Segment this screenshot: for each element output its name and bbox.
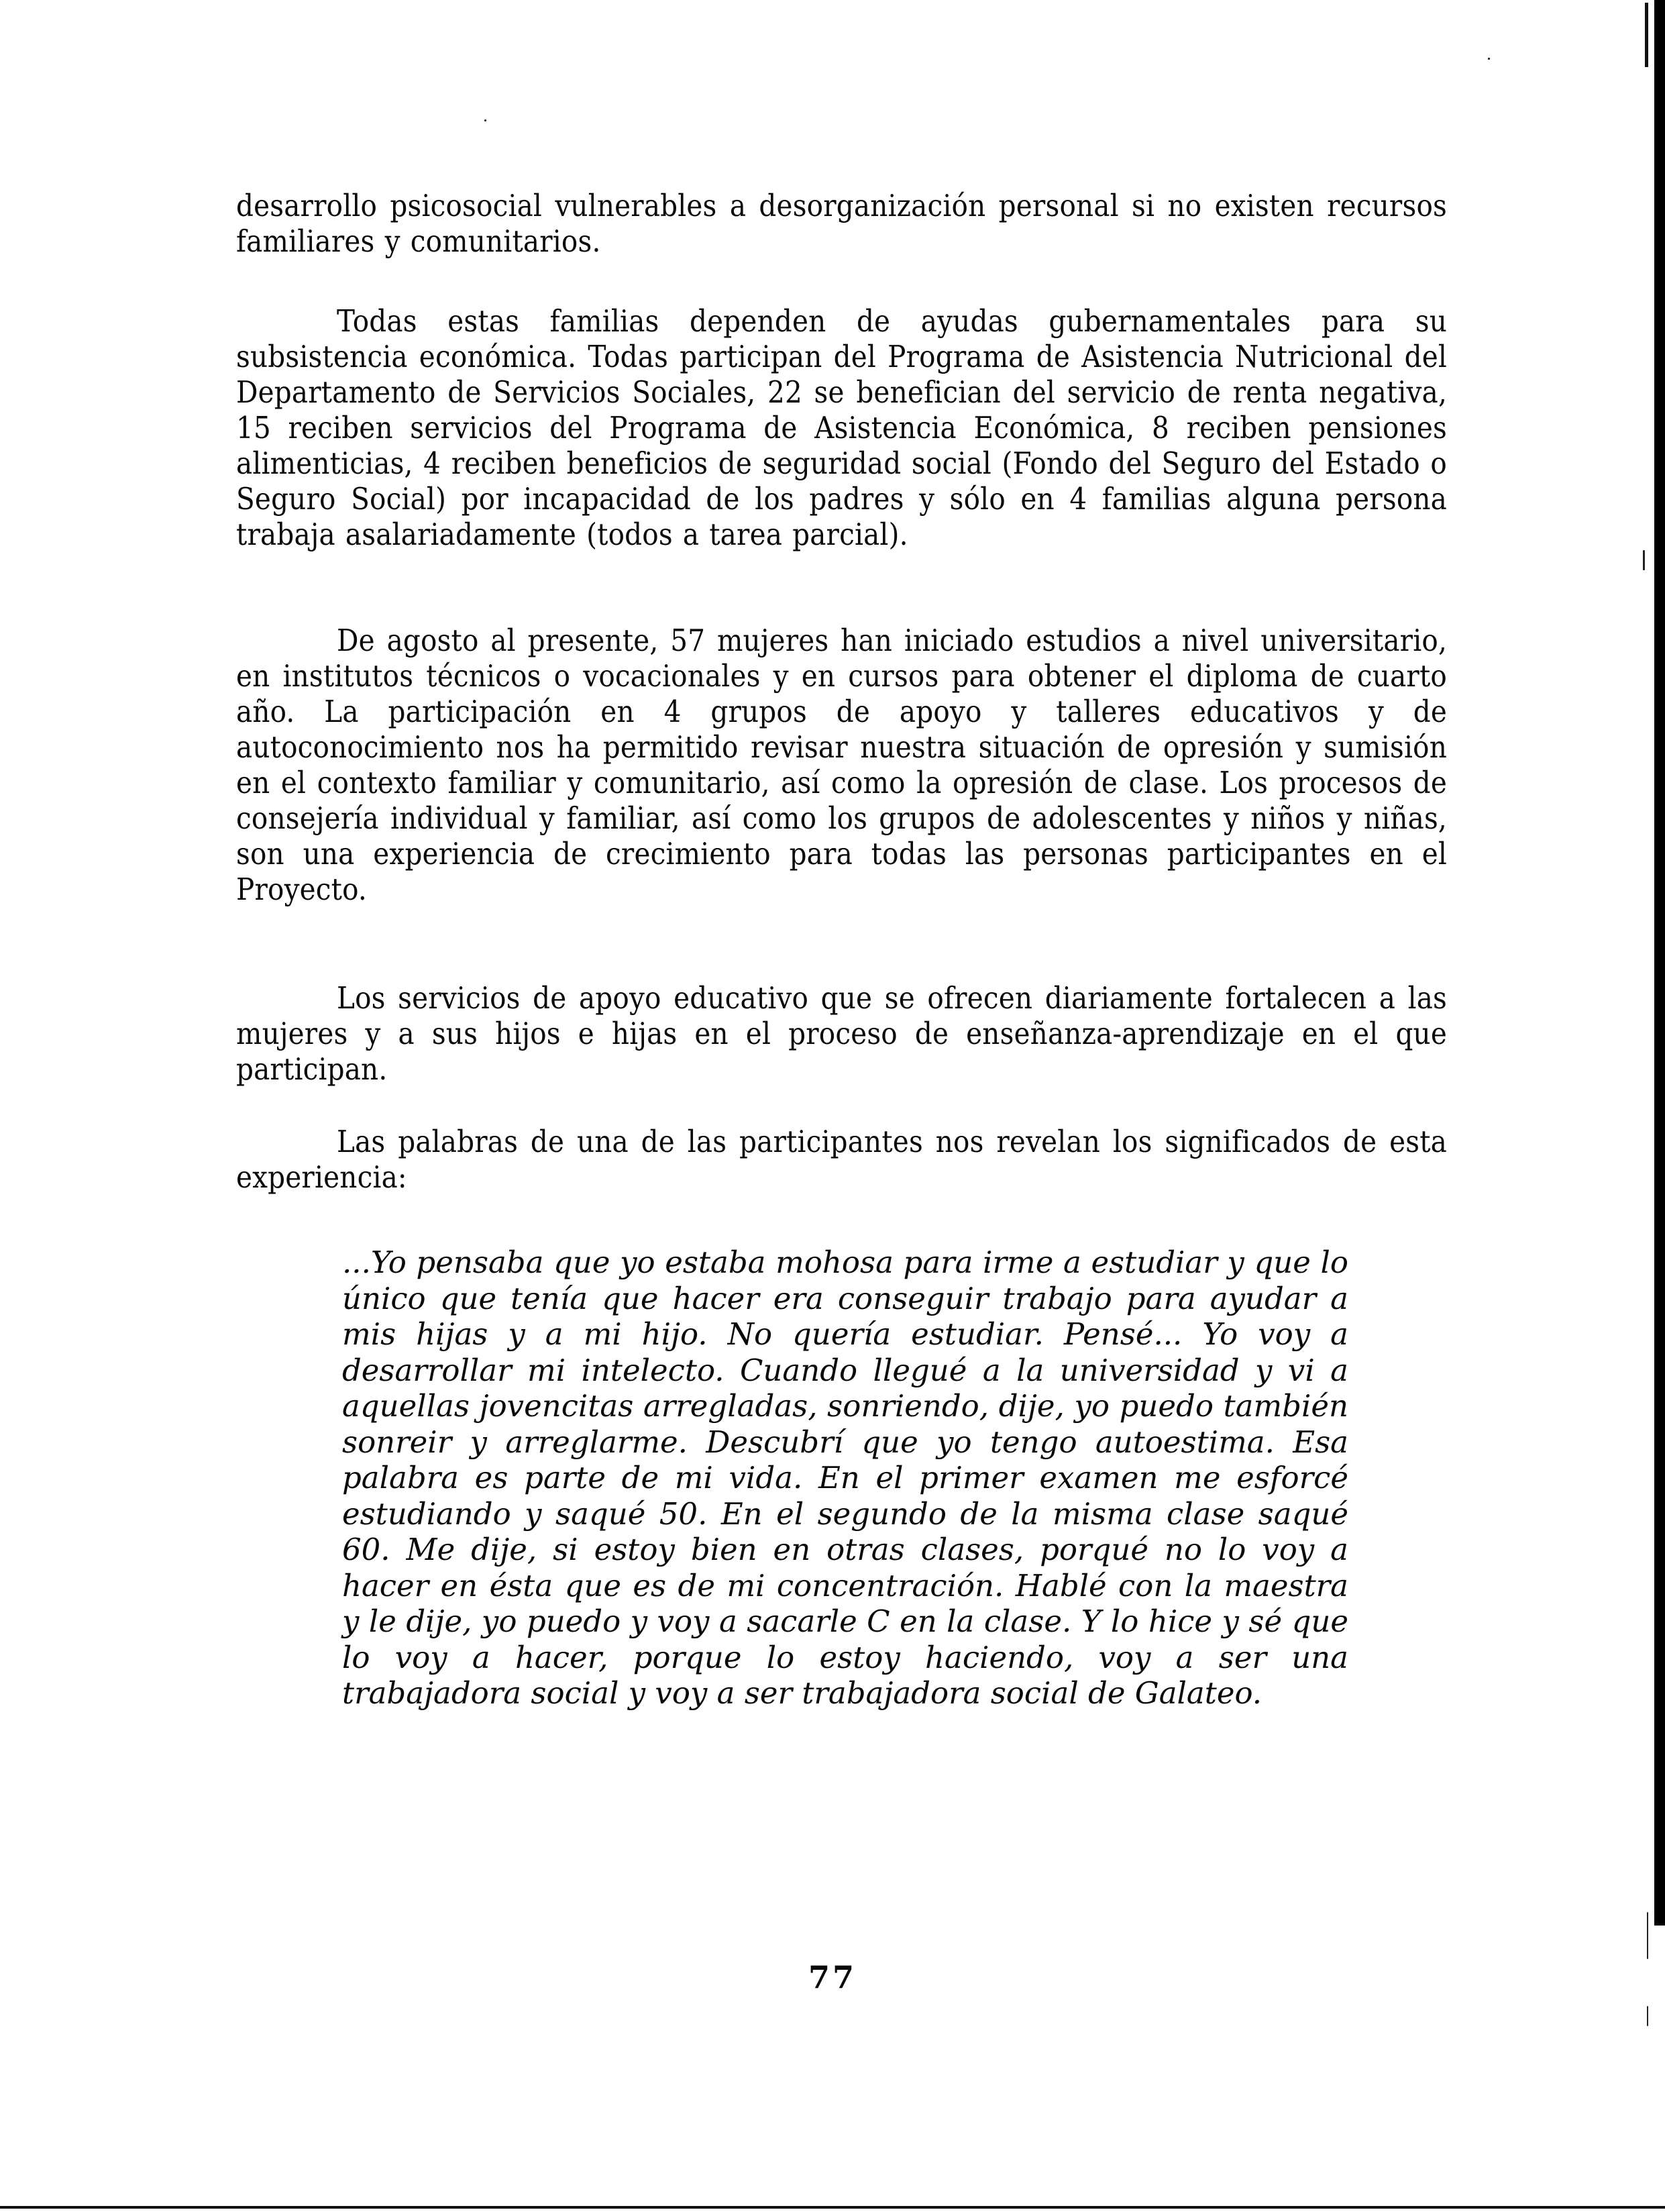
participant-testimony-quote: ...Yo pensaba que yo estaba mohosa para …	[342, 1245, 1348, 1711]
scan-speck	[1488, 58, 1490, 60]
paragraph-educational-support: Los servicios de apoyo educativo que se …	[236, 980, 1447, 1087]
scan-edge-right-taper	[1658, 1543, 1665, 1926]
scan-speck	[484, 119, 486, 121]
paragraph-continuation: desarrollo psicosocial vulnerables a des…	[236, 188, 1447, 259]
scanned-page: desarrollo psicosocial vulnerables a des…	[0, 0, 1665, 2212]
scan-edge-bottom-border	[0, 2206, 1665, 2209]
paragraph-government-aid: Todas estas familias dependen de ayudas …	[236, 303, 1447, 552]
scan-speck	[1647, 1912, 1648, 1959]
page-number: 77	[0, 1959, 1665, 1995]
scan-mark-top-right	[1645, 3, 1648, 67]
scan-speck	[1647, 2006, 1648, 2026]
scan-speck	[1643, 550, 1645, 570]
paragraph-quote-intro: Las palabras de una de las participantes…	[236, 1124, 1447, 1195]
paragraph-women-studies: De agosto al presente, 57 mujeres han in…	[236, 623, 1447, 907]
